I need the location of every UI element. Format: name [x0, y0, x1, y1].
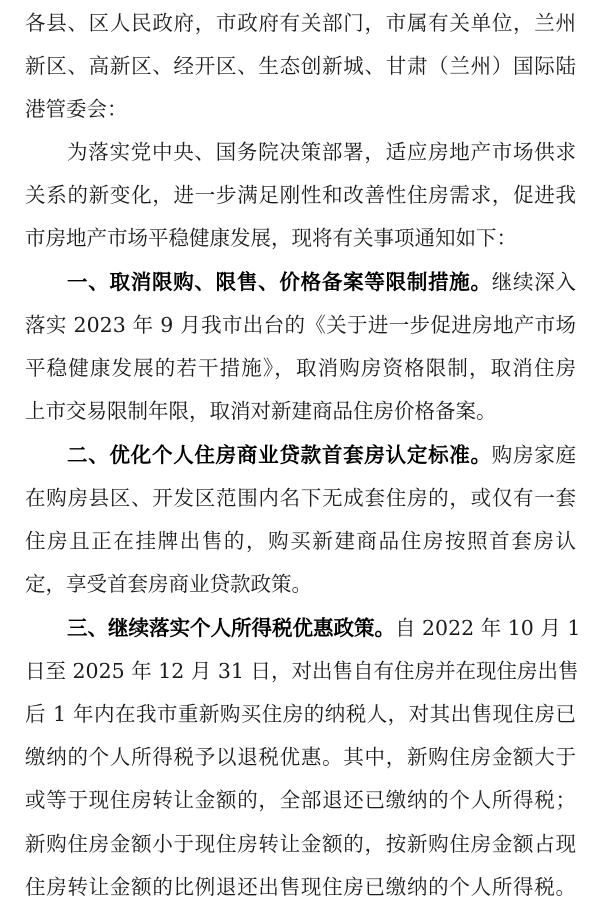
section-2-first-line: 二、优化个人住房商业贷款首套房认定标准。购房家庭	[67, 440, 576, 470]
section-2-line-2: 在购房县区、开发区范围内名下无成套住房的，或仅有一套	[25, 483, 576, 513]
section-2-line-3: 住房且正在挂牌出售的，购买新建商品住房按照首套房认	[25, 526, 576, 556]
section-3-line-7: 住房转让金额的比例退还出售现住房已缴纳的个人所得税。	[25, 872, 576, 902]
section-2-line-4: 定，享受首套房商业贷款政策。	[25, 569, 576, 599]
section-3-first-line-rest: 自 2022 年 10 月 1	[395, 616, 580, 640]
section-3-line-2: 日至 2025 年 12 月 31 日，对出售自有住房并在现住房出售	[25, 656, 576, 686]
addressee-line-1: 各县、区人民政府，市政府有关部门，市属有关单位，兰州	[25, 8, 576, 38]
section-1-first-line-rest: 继续深入	[492, 270, 576, 294]
section-3-line-3: 后 1 年内在我市重新购买住房的纳税人，对其出售现住房已	[25, 699, 576, 729]
section-3-first-line: 三、继续落实个人所得税优惠政策。自 2022 年 10 月 1	[67, 613, 576, 643]
section-1-line-3: 平稳健康发展的若干措施》，取消购房资格限制，取消住房	[25, 353, 576, 383]
section-2-first-line-rest: 购房家庭	[492, 443, 576, 467]
section-3-heading: 三、继续落实个人所得税优惠政策。	[67, 616, 395, 640]
section-2-heading: 二、优化个人住房商业贷款首套房认定标准。	[67, 443, 492, 467]
section-1-line-4: 上市交易限制年限，取消对新建商品住房价格备案。	[25, 396, 576, 426]
intro-line-1: 为落实党中央、国务院决策部署，适应房地产市场供求	[67, 137, 576, 167]
section-1-first-line: 一、取消限购、限售、价格备案等限制措施。继续深入	[67, 267, 576, 297]
addressee-line-2: 新区、高新区、经开区、生态创新城、甘肃（兰州）国际陆	[25, 51, 576, 81]
intro-line-2: 关系的新变化，进一步满足刚性和改善性住房需求，促进我	[25, 180, 576, 210]
document-page: 各县、区人民政府，市政府有关部门，市属有关单位，兰州 新区、高新区、经开区、生态…	[0, 0, 600, 905]
section-3-line-5: 或等于现住房转让金额的，全部退还已缴纳的个人所得税；	[25, 785, 576, 815]
section-3-line-4: 缴纳的个人所得税予以退税优惠。其中，新购住房金额大于	[25, 742, 576, 772]
section-1-heading: 一、取消限购、限售、价格备案等限制措施。	[67, 270, 492, 294]
section-3-line-6: 新购住房金额小于现住房转让金额的，按新购住房金额占现	[25, 829, 576, 859]
addressee-line-3: 港管委会：	[25, 94, 576, 124]
section-1-line-2: 落实 2023 年 9 月我市出台的《关于进一步促进房地产市场	[25, 310, 576, 340]
intro-line-3: 市房地产市场平稳健康发展，现将有关事项通知如下：	[25, 223, 576, 253]
